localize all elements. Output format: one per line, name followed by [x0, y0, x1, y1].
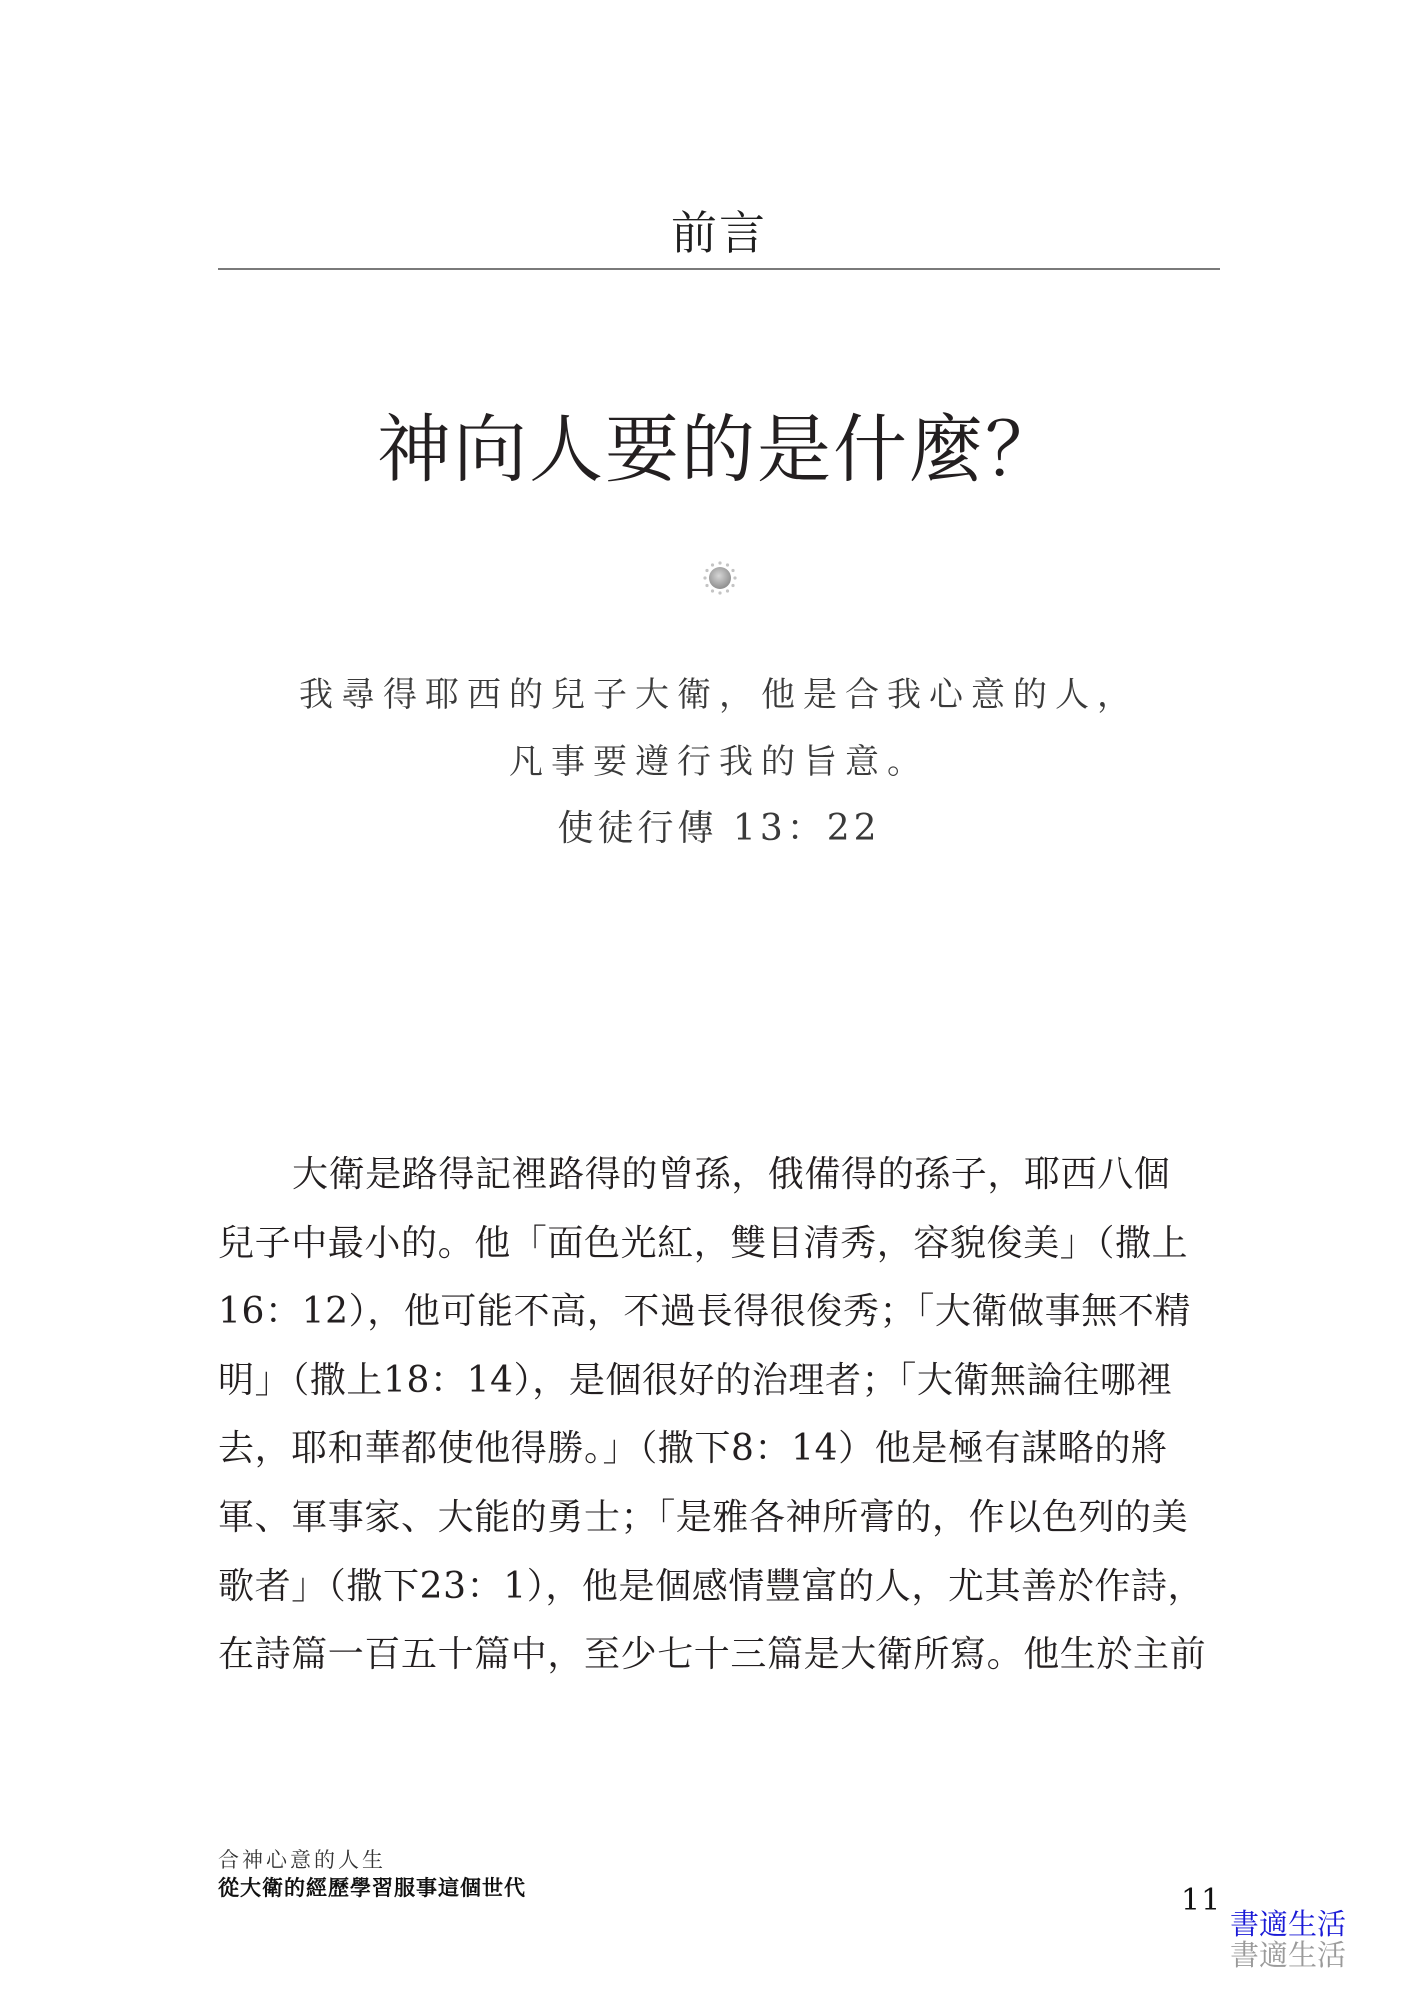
body-line: 大衛是路得記裡路得的曾孫，俄備得的孫子，耶西八個	[218, 1141, 1228, 1210]
body-line: 兒子中最小的。他「面色光紅，雙目清秀，容貌俊美」（撒上	[218, 1210, 1228, 1279]
page-number: 11	[1181, 1884, 1221, 1918]
epigraph-line: 凡事要遵行我的旨意。	[218, 732, 1220, 799]
body-line: 在詩篇一百五十篇中，至少七十三篇是大衛所寫。他生於主前	[218, 1621, 1228, 1690]
page-title: 神向人要的是什麼？	[218, 400, 1220, 500]
epigraph-line: 我尋得耶西的兒子大衛，他是合我心意的人，	[218, 665, 1220, 732]
epigraph: 我尋得耶西的兒子大衛，他是合我心意的人， 凡事要遵行我的旨意。 使徒行傳 13：…	[218, 665, 1220, 866]
body-line: 歌者」（撒下23：1），他是個感情豐富的人，尤其善於作詩，	[218, 1553, 1228, 1622]
book-subtitle: 從大衛的經歷學習服事這個世代	[218, 1874, 526, 1902]
running-footer: 合神心意的人生 從大衛的經歷學習服事這個世代	[218, 1846, 526, 1902]
epigraph-reference: 使徒行傳 13：22	[218, 799, 1220, 866]
watermark-primary: 書適生活	[1230, 1909, 1346, 1940]
body-line: 去，耶和華都使他得勝。」（撒下8：14）他是極有謀略的將	[218, 1415, 1228, 1484]
body-line: 明」（撒上18：14），是個很好的治理者；「大衛無論往哪裡	[218, 1347, 1228, 1416]
body-line: 16：12），他可能不高，不過長得很俊秀；「大衛做事無不精	[218, 1278, 1228, 1347]
watermark-secondary: 書適生活	[1230, 1940, 1346, 1971]
sun-ornament-icon	[700, 558, 740, 598]
body-line: 軍、軍事家、大能的勇士；「是雅各神所膏的，作以色列的美	[218, 1484, 1228, 1553]
header-divider	[218, 268, 1220, 270]
chapter-label: 前言	[218, 203, 1220, 263]
book-series-title: 合神心意的人生	[218, 1846, 526, 1874]
body-paragraph: 大衛是路得記裡路得的曾孫，俄備得的孫子，耶西八個 兒子中最小的。他「面色光紅，雙…	[218, 1141, 1228, 1690]
